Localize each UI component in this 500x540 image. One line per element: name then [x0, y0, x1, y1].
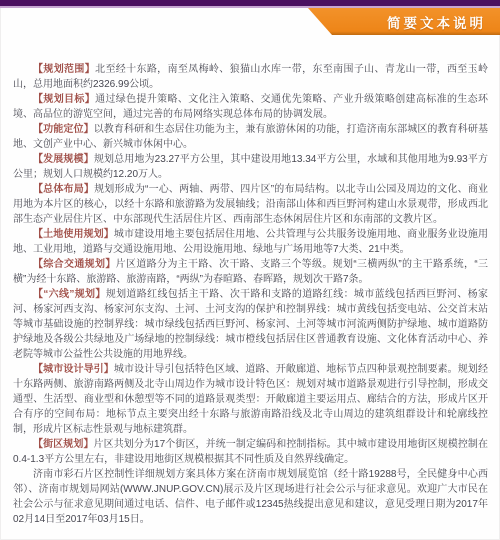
section-functional-positioning: 【功能定位】以教育科研和生态居住功能为主，兼有旅游休闲的功能，打造济南东部城区的… [13, 122, 488, 152]
section-urban-design-guide: 【城市设计导引】城市设计导引包括特色区域、道路、开敞廊道、地标节点四种景观控制要… [13, 362, 488, 437]
public-notice-paragraph: 济南市彩石片区控制性详细规划方案具体方案在济南市规划展览馆（经十路19288号，… [13, 467, 488, 527]
section-label: 【土地使用规划】 [33, 229, 114, 240]
section-label: 【综合交通规划】 [33, 259, 116, 270]
section-planning-goals: 【规划目标】通过绿色提升策略、文化注入策略、交通优先策略、产业升级策略创建高标准… [13, 92, 488, 122]
page-title: 简要文本说明 [387, 12, 486, 32]
section-label: 【总体布局】 [33, 184, 94, 195]
section-label: 【功能定位】 [33, 124, 94, 135]
notice-page: 简要文本说明 【规划范围】北至经十东路，南至凤梅岭、狼猫山水库一带，东至南围子山… [0, 0, 500, 540]
section-development-scale: 【发展规模】规划总用地为23.27平方公里，其中建设用地13.34平方公里，水域… [13, 152, 488, 182]
section-six-lines-plan: 【“六线”规划】规划道路红线包括主干路、次干路和支路的道路红线：城市蓝线包括西巨… [13, 287, 488, 362]
section-label: 【城市设计导引】 [33, 364, 114, 375]
top-purple-bar [0, 0, 500, 8]
section-transport-plan: 【综合交通规划】片区道路分为主干路、次干路、支路三个等级。规划“三横两纵”的主干… [13, 257, 488, 287]
section-land-use-plan: 【土地使用规划】城市建设用地主要包括居住用地、公共管理与公共服务设施用地、商业服… [13, 227, 488, 257]
section-label: 【规划范围】 [33, 64, 95, 75]
section-planning-scope: 【规划范围】北至经十东路，南至凤梅岭、狼猫山水库一带，东至南围子山、青龙山一带，… [13, 62, 488, 92]
section-label: 【“六线”规划】 [33, 289, 106, 300]
section-overall-layout: 【总体布局】规划形成为“一心、两轴、两带、四片区”的布局结构。以北寺山公园及周边… [13, 182, 488, 227]
section-block-plan: 【街区规划】片区共划分为17个街区，并统一制定编码和控制指标。其中城市建设用地街… [13, 437, 488, 467]
section-label: 【规划目标】 [33, 94, 95, 105]
section-label: 【街区规划】 [33, 439, 94, 450]
title-banner: 简要文本说明 [308, 8, 500, 35]
notice-body: 【规划范围】北至经十东路，南至凤梅岭、狼猫山水库一带，东至南围子山、青龙山一带，… [13, 62, 488, 527]
section-label: 【发展规模】 [33, 154, 94, 165]
